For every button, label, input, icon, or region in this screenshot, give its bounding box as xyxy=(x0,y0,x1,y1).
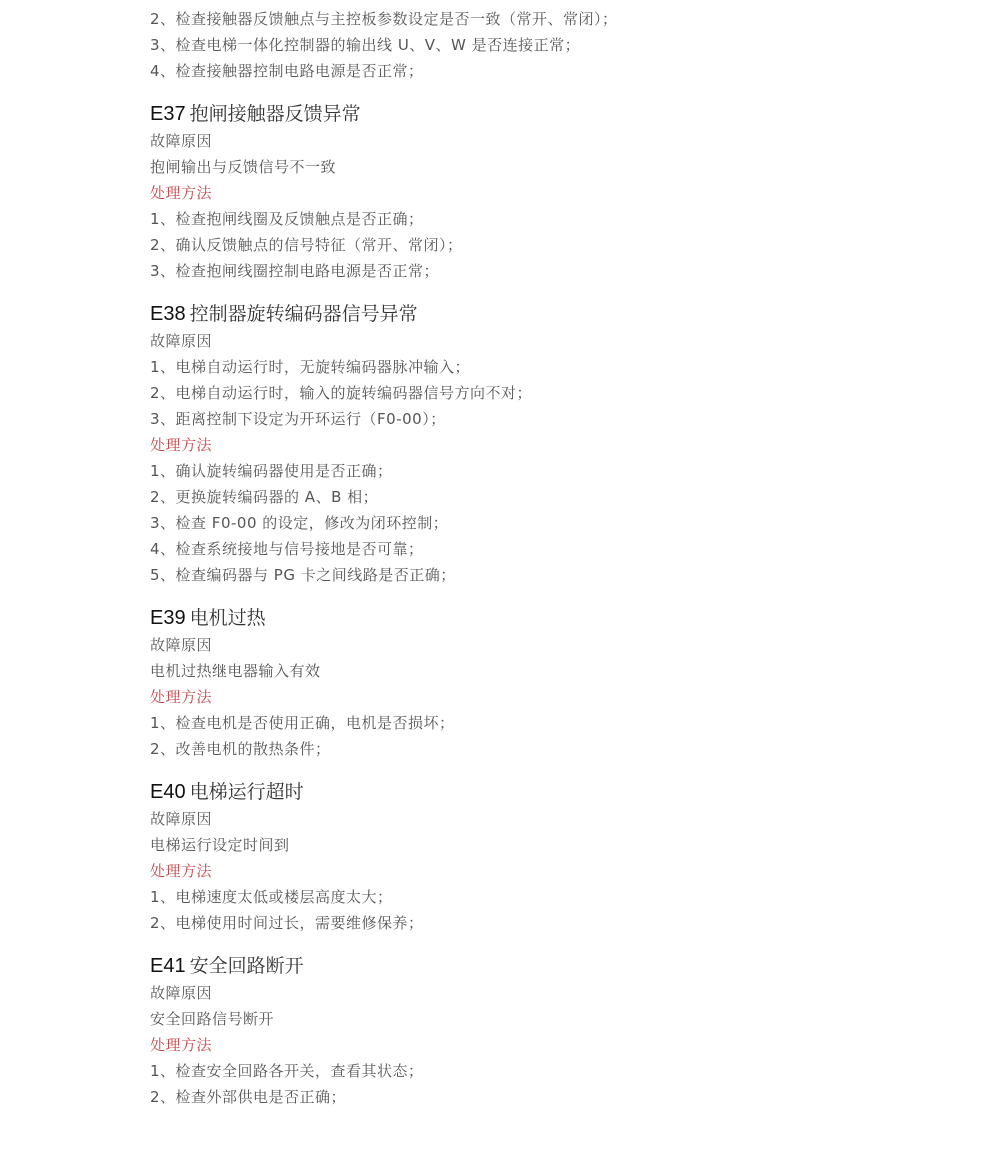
cause-item: 电机过热继电器输入有效 xyxy=(150,658,950,684)
fault-title: E39电机过热 xyxy=(150,604,950,632)
method-item: 5、检查编码器与 PG 卡之间线路是否正确； xyxy=(150,562,950,588)
cause-item: 安全回路信号断开 xyxy=(150,1006,950,1032)
fault-code: E39 xyxy=(150,607,186,629)
cause-item: 1、电梯自动运行时，无旋转编码器脉冲输入； xyxy=(150,354,950,380)
method-item: 1、检查安全回路各开关，查看其状态； xyxy=(150,1058,950,1084)
cause-label: 故障原因 xyxy=(150,980,950,1006)
fault-name: 抱闸接触器反馈异常 xyxy=(190,103,361,125)
method-item: 1、检查抱闸线圈及反馈触点是否正确； xyxy=(150,206,950,232)
cause-label: 故障原因 xyxy=(150,128,950,154)
list-item: 4、检查接触器控制电路电源是否正常； xyxy=(150,58,950,84)
cause-label: 故障原因 xyxy=(150,328,950,354)
fault-name: 电梯运行超时 xyxy=(190,781,304,803)
cause-item: 抱闸输出与反馈信号不一致 xyxy=(150,154,950,180)
method-label: 处理方法 xyxy=(150,432,950,458)
method-item: 1、检查电机是否使用正确，电机是否损坏； xyxy=(150,710,950,736)
method-item: 2、检查外部供电是否正确； xyxy=(150,1084,950,1110)
fault-title: E37抱闸接触器反馈异常 xyxy=(150,100,950,128)
method-item: 3、检查抱闸线圈控制电路电源是否正常； xyxy=(150,258,950,284)
fault-name: 控制器旋转编码器信号异常 xyxy=(190,303,418,325)
method-item: 1、电梯速度太低或楼层高度太大； xyxy=(150,884,950,910)
cause-label: 故障原因 xyxy=(150,806,950,832)
method-item: 2、改善电机的散热条件； xyxy=(150,736,950,762)
fault-title: E40电梯运行超时 xyxy=(150,778,950,806)
fault-code: E37 xyxy=(150,103,186,125)
method-label: 处理方法 xyxy=(150,858,950,884)
method-item: 1、确认旋转编码器使用是否正确； xyxy=(150,458,950,484)
method-label: 处理方法 xyxy=(150,684,950,710)
fault-section-e39: E39电机过热 故障原因 电机过热继电器输入有效 处理方法 1、检查电机是否使用… xyxy=(150,604,950,762)
cause-item: 电梯运行设定时间到 xyxy=(150,832,950,858)
cause-item: 2、电梯自动运行时，输入的旋转编码器信号方向不对； xyxy=(150,380,950,406)
fault-name: 电机过热 xyxy=(190,607,266,629)
fault-title: E41安全回路断开 xyxy=(150,952,950,980)
document-body: 2、检查接触器反馈触点与主控板参数设定是否一致（常开、常闭）； 3、检查电梯一体… xyxy=(150,6,950,1110)
list-item: 2、检查接触器反馈触点与主控板参数设定是否一致（常开、常闭）； xyxy=(150,6,950,32)
fault-title: E38控制器旋转编码器信号异常 xyxy=(150,300,950,328)
intro-list: 2、检查接触器反馈触点与主控板参数设定是否一致（常开、常闭）； 3、检查电梯一体… xyxy=(150,6,950,84)
fault-name: 安全回路断开 xyxy=(190,955,304,977)
fault-code: E38 xyxy=(150,303,186,325)
cause-label: 故障原因 xyxy=(150,632,950,658)
method-item: 2、更换旋转编码器的 A、B 相； xyxy=(150,484,950,510)
method-item: 2、确认反馈触点的信号特征（常开、常闭）； xyxy=(150,232,950,258)
fault-section-e37: E37抱闸接触器反馈异常 故障原因 抱闸输出与反馈信号不一致 处理方法 1、检查… xyxy=(150,100,950,284)
method-item: 4、检查系统接地与信号接地是否可靠； xyxy=(150,536,950,562)
cause-item: 3、距离控制下设定为开环运行（F0-00）； xyxy=(150,406,950,432)
fault-section-e40: E40电梯运行超时 故障原因 电梯运行设定时间到 处理方法 1、电梯速度太低或楼… xyxy=(150,778,950,936)
fault-section-e38: E38控制器旋转编码器信号异常 故障原因 1、电梯自动运行时，无旋转编码器脉冲输… xyxy=(150,300,950,588)
method-item: 2、电梯使用时间过长，需要维修保养； xyxy=(150,910,950,936)
fault-code: E40 xyxy=(150,781,186,803)
method-label: 处理方法 xyxy=(150,180,950,206)
list-item: 3、检查电梯一体化控制器的输出线 U、V、W 是否连接正常； xyxy=(150,32,950,58)
method-label: 处理方法 xyxy=(150,1032,950,1058)
method-item: 3、检查 F0-00 的设定，修改为闭环控制； xyxy=(150,510,950,536)
fault-section-e41: E41安全回路断开 故障原因 安全回路信号断开 处理方法 1、检查安全回路各开关… xyxy=(150,952,950,1110)
fault-code: E41 xyxy=(150,955,186,977)
